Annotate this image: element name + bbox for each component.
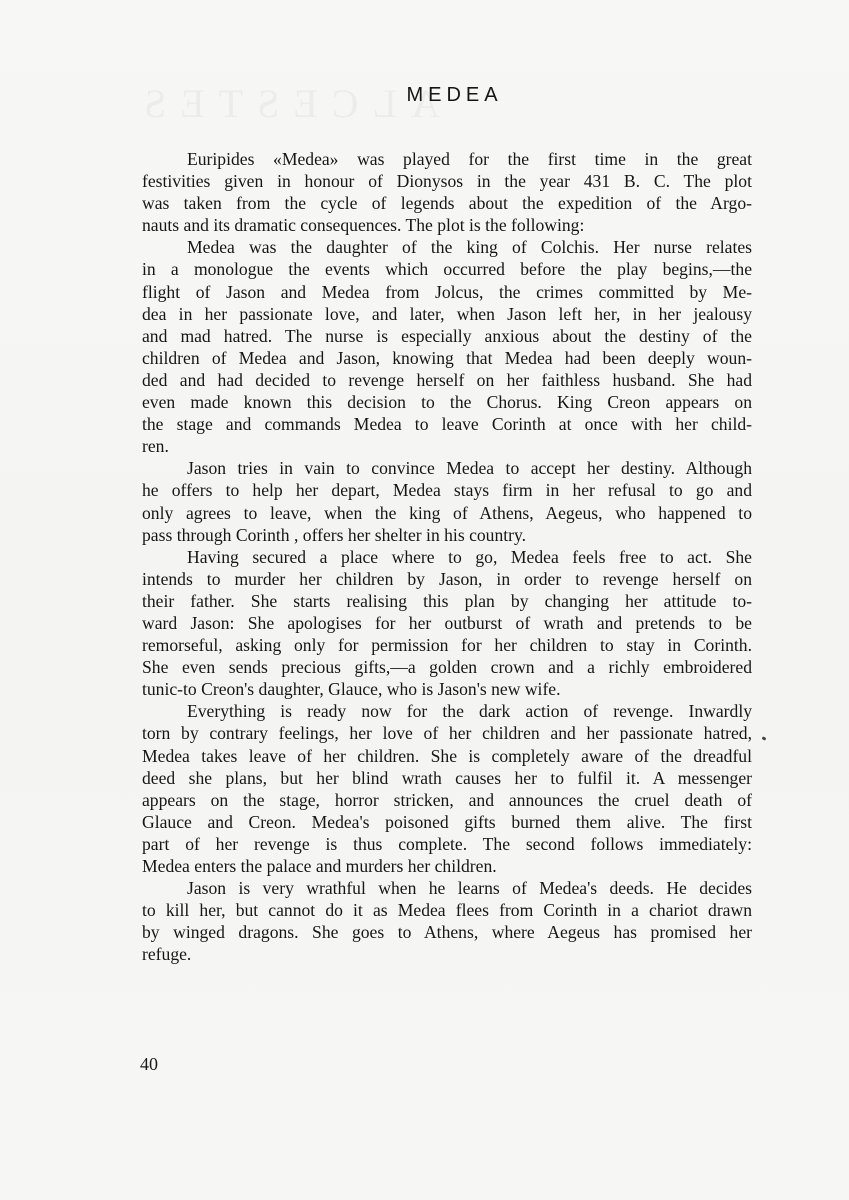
text-line: he offers to help her depart, Medea stay… (142, 479, 752, 501)
text-line: ward Jason: She apologises for her outbu… (142, 612, 752, 634)
text-line: only agrees to leave, when the king of A… (142, 502, 752, 524)
text-line: was taken from the cycle of legends abou… (142, 192, 752, 214)
paragraph: Euripides «Medea» was played for the fir… (142, 148, 752, 236)
text-line: by winged dragons. She goes to Athens, w… (142, 921, 752, 943)
text-line: Everything is ready now for the dark act… (142, 700, 752, 722)
text-line: to kill her, but cannot do it as Medea f… (142, 899, 752, 921)
text-line: part of her revenge is thus complete. Th… (142, 833, 752, 855)
paragraph: Having secured a place where to go, Mede… (142, 546, 752, 701)
ink-speck (762, 736, 767, 741)
text-line: She even sends precious gifts,—a golden … (142, 656, 752, 678)
text-line: children of Medea and Jason, knowing tha… (142, 347, 752, 369)
text-line: nauts and its dramatic consequences. The… (142, 214, 752, 236)
text-line: remorseful, asking only for permission f… (142, 634, 752, 656)
text-line: Euripides «Medea» was played for the fir… (142, 148, 752, 170)
text-line: flight of Jason and Medea from Jolcus, t… (142, 281, 752, 303)
text-line: Medea enters the palace and murders her … (142, 855, 752, 877)
page-number: 40 (140, 1054, 158, 1075)
text-line: in a monologue the events which occurred… (142, 258, 752, 280)
text-line: pass through Corinth , offers her shelte… (142, 524, 752, 546)
text-line: torn by contrary feelings, her love of h… (142, 722, 752, 744)
text-line: their father. She starts realising this … (142, 590, 752, 612)
paragraph: Everything is ready now for the dark act… (142, 700, 752, 877)
document-page: ALCESTES MEDEA Euripides «Medea» was pla… (0, 0, 849, 1200)
text-line: Jason tries in vain to convince Medea to… (142, 457, 752, 479)
text-line: ded and had decided to revenge herself o… (142, 369, 752, 391)
text-line: ren. (142, 435, 752, 457)
text-line: festivities given in honour of Dionysos … (142, 170, 752, 192)
text-line: the stage and commands Medea to leave Co… (142, 413, 752, 435)
page-title: MEDEA (0, 84, 849, 107)
body-text: Euripides «Medea» was played for the fir… (142, 148, 752, 965)
paragraph: Medea was the daughter of the king of Co… (142, 236, 752, 457)
text-line: Medea was the daughter of the king of Co… (142, 236, 752, 258)
text-line: intends to murder her children by Jason,… (142, 568, 752, 590)
paragraph: Jason tries in vain to convince Medea to… (142, 457, 752, 545)
text-line: and mad hatred. The nurse is especially … (142, 325, 752, 347)
text-line: deed she plans, but her blind wrath caus… (142, 767, 752, 789)
text-line: Medea takes leave of her children. She i… (142, 745, 752, 767)
text-line: appears on the stage, horror stricken, a… (142, 789, 752, 811)
text-line: tunic-to Creon's daughter, Glauce, who i… (142, 678, 752, 700)
text-line: Having secured a place where to go, Mede… (142, 546, 752, 568)
text-line: Glauce and Creon. Medea's poisoned gifts… (142, 811, 752, 833)
text-line: even made known this decision to the Cho… (142, 391, 752, 413)
text-line: Jason is very wrathful when he learns of… (142, 877, 752, 899)
paragraph: Jason is very wrathful when he learns of… (142, 877, 752, 965)
text-line: dea in her passionate love, and later, w… (142, 303, 752, 325)
text-line: refuge. (142, 943, 752, 965)
